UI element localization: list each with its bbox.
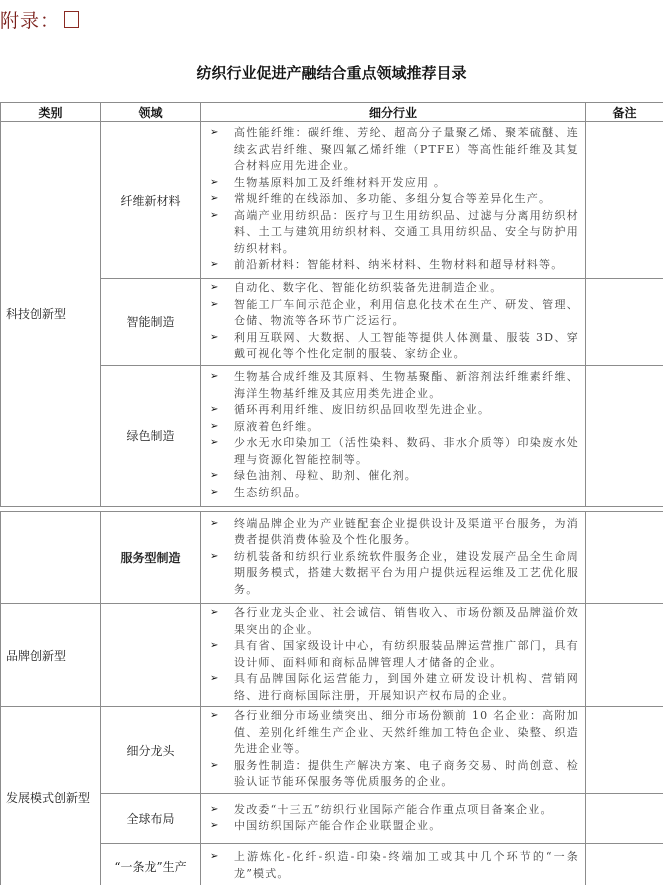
remarks-cell	[586, 844, 663, 885]
bullet-arrow-icon: ➢	[210, 708, 220, 725]
table-row: 科技创新型 纤维新材料 ➢高性能纤维：碳纤维、芳纶、超高分子量聚乙烯、聚苯硫醚、…	[1, 122, 663, 279]
remarks-cell	[586, 279, 663, 366]
bullet-arrow-icon: ➢	[210, 605, 220, 622]
remarks-cell	[586, 512, 663, 604]
header-sub-industry: 细分行业	[201, 103, 586, 122]
bullet-arrow-icon: ➢	[210, 191, 220, 208]
list-item: ➢利用互联网、大数据、人工智能等提供人体测量、服装 3D、穿戴可视化等个性化定制…	[208, 330, 579, 363]
category-cell: 科技创新型	[1, 122, 101, 507]
field-cell: 细分龙头	[101, 707, 201, 794]
item-list: ➢各行业细分市场业绩突出、细分市场份额前 10 名企业：高附加值、差别化纤维生产…	[208, 708, 579, 791]
placeholder-box-icon	[64, 11, 79, 28]
item-list: ➢发改委“十三五”纺织行业国际产能合作重点项目备案企业。 ➢中国纺织国际产能合作…	[208, 802, 579, 835]
list-item: ➢生态纺织品。	[208, 485, 579, 502]
table-row: 发展模式创新型 细分龙头 ➢各行业细分市场业绩突出、细分市场份额前 10 名企业…	[1, 707, 663, 794]
bullet-arrow-icon: ➢	[210, 435, 220, 452]
item-list: ➢上游炼化-化纤-织造-印染-终端加工或其中几个环节的“一条龙”模式。	[208, 849, 579, 882]
list-item: ➢生物基原料加工及纤维材料开发应用 。	[208, 175, 579, 192]
bullet-arrow-icon: ➢	[210, 330, 220, 347]
list-item: ➢前沿新材料：智能材料、纳米材料、生物材料和超导材料等。	[208, 257, 579, 274]
remarks-cell	[586, 794, 663, 844]
list-item: ➢自动化、数字化、智能化纺织装备先进制造企业。	[208, 280, 579, 297]
sub-industry-cell: ➢各行业龙头企业、社会诚信、销售收入、市场份额及品牌溢价效果突出的企业。 ➢具有…	[201, 604, 586, 707]
bullet-arrow-icon: ➢	[210, 369, 220, 386]
list-item: ➢常规纤维的在线添加、多功能、多组分复合等差异化生产。	[208, 191, 579, 208]
table-row: “一条龙”生产 ➢上游炼化-化纤-织造-印染-终端加工或其中几个环节的“一条龙”…	[1, 844, 663, 885]
table-row: 服务型制造 ➢终端品牌企业为产业链配套企业提供设计及渠道平台服务，为消费者提供消…	[1, 512, 663, 604]
item-list: ➢生物基合成纤维及其原料、生物基聚酯、新溶剂法纤维素纤维、海洋生物基纤维及其应用…	[208, 369, 579, 501]
list-item: ➢终端品牌企业为产业链配套企业提供设计及渠道平台服务，为消费者提供消费体验及个性…	[208, 516, 579, 549]
recommendation-table-part-1: 类别 领域 细分行业 备注 科技创新型 纤维新材料 ➢高性能纤维：碳纤维、芳纶、…	[0, 102, 663, 507]
bullet-arrow-icon: ➢	[210, 485, 220, 502]
bullet-arrow-icon: ➢	[210, 125, 220, 142]
bullet-arrow-icon: ➢	[210, 818, 220, 835]
table-row: 品牌创新型 ➢各行业龙头企业、社会诚信、销售收入、市场份额及品牌溢价效果突出的企…	[1, 604, 663, 707]
appendix-label: 附录：	[0, 6, 79, 33]
sub-industry-cell: ➢生物基合成纤维及其原料、生物基聚酯、新溶剂法纤维素纤维、海洋生物基纤维及其应用…	[201, 365, 586, 506]
list-item: ➢智能工厂车间示范企业，利用信息化技术在生产、研发、管理、仓储、物流等各环节广泛…	[208, 297, 579, 330]
bullet-arrow-icon: ➢	[210, 402, 220, 419]
list-item: ➢生物基合成纤维及其原料、生物基聚酯、新溶剂法纤维素纤维、海洋生物基纤维及其应用…	[208, 369, 579, 402]
list-item: ➢各行业龙头企业、社会诚信、销售收入、市场份额及品牌溢价效果突出的企业。	[208, 605, 579, 638]
remarks-cell	[586, 365, 663, 506]
field-cell: 全球布局	[101, 794, 201, 844]
field-cell	[101, 604, 201, 707]
list-item: ➢具有品牌国际化运营能力，到国外建立研发设计机构、营销网络、进行商标国际注册，开…	[208, 671, 579, 704]
field-cell: 绿色制造	[101, 365, 201, 506]
field-cell: “一条龙”生产	[101, 844, 201, 885]
sub-industry-cell: ➢上游炼化-化纤-织造-印染-终端加工或其中几个环节的“一条龙”模式。	[201, 844, 586, 885]
table-row: 智能制造 ➢自动化、数字化、智能化纺织装备先进制造企业。 ➢智能工厂车间示范企业…	[1, 279, 663, 366]
item-list: ➢终端品牌企业为产业链配套企业提供设计及渠道平台服务，为消费者提供消费体验及个性…	[208, 516, 579, 599]
bullet-arrow-icon: ➢	[210, 516, 220, 533]
bullet-arrow-icon: ➢	[210, 638, 220, 655]
sub-industry-cell: ➢自动化、数字化、智能化纺织装备先进制造企业。 ➢智能工厂车间示范企业，利用信息…	[201, 279, 586, 366]
category-cell: 品牌创新型	[1, 604, 101, 707]
bullet-arrow-icon: ➢	[210, 297, 220, 314]
bullet-arrow-icon: ➢	[210, 419, 220, 436]
remarks-cell	[586, 707, 663, 794]
list-item: ➢高性能纤维：碳纤维、芳纶、超高分子量聚乙烯、聚苯硫醚、连续玄武岩纤维、聚四氟乙…	[208, 125, 579, 175]
sub-industry-cell: ➢发改委“十三五”纺织行业国际产能合作重点项目备案企业。 ➢中国纺织国际产能合作…	[201, 794, 586, 844]
list-item: ➢发改委“十三五”纺织行业国际产能合作重点项目备案企业。	[208, 802, 579, 819]
list-item: ➢循环再利用纤维、废旧纺织品回收型先进企业。	[208, 402, 579, 419]
list-item: ➢少水无水印染加工（活性染料、数码、非水介质等）印染废水处理与资源化智能控制等。	[208, 435, 579, 468]
bullet-arrow-icon: ➢	[210, 257, 220, 274]
list-item: ➢上游炼化-化纤-织造-印染-终端加工或其中几个环节的“一条龙”模式。	[208, 849, 579, 882]
field-cell: 纤维新材料	[101, 122, 201, 279]
bullet-arrow-icon: ➢	[210, 468, 220, 485]
bullet-arrow-icon: ➢	[210, 280, 220, 297]
category-cell	[1, 512, 101, 604]
field-cell: 服务型制造	[101, 512, 201, 604]
list-item: ➢服务性制造：提供生产解决方案、电子商务交易、时尚创意、检验认证节能环保服务等优…	[208, 758, 579, 791]
bullet-arrow-icon: ➢	[210, 849, 220, 866]
list-item: ➢各行业细分市场业绩突出、细分市场份额前 10 名企业：高附加值、差别化纤维生产…	[208, 708, 579, 758]
remarks-cell	[586, 604, 663, 707]
appendix-text: 附录：	[0, 6, 60, 33]
bullet-arrow-icon: ➢	[210, 671, 220, 688]
sub-industry-cell: ➢高性能纤维：碳纤维、芳纶、超高分子量聚乙烯、聚苯硫醚、连续玄武岩纤维、聚四氟乙…	[201, 122, 586, 279]
bullet-arrow-icon: ➢	[210, 208, 220, 225]
list-item: ➢绿色油剂、母粒、助剂、催化剂。	[208, 468, 579, 485]
bullet-arrow-icon: ➢	[210, 758, 220, 775]
header-category: 类别	[1, 103, 101, 122]
sub-industry-cell: ➢各行业细分市场业绩突出、细分市场份额前 10 名企业：高附加值、差别化纤维生产…	[201, 707, 586, 794]
field-cell: 智能制造	[101, 279, 201, 366]
list-item: ➢具有省、国家级设计中心，有纺织服装品牌运营推广部门，具有设计师、面料师和商标品…	[208, 638, 579, 671]
category-cell: 发展模式创新型	[1, 707, 101, 885]
item-list: ➢高性能纤维：碳纤维、芳纶、超高分子量聚乙烯、聚苯硫醚、连续玄武岩纤维、聚四氟乙…	[208, 125, 579, 274]
table-header-row: 类别 领域 细分行业 备注	[1, 103, 663, 122]
item-list: ➢各行业龙头企业、社会诚信、销售收入、市场份额及品牌溢价效果突出的企业。 ➢具有…	[208, 605, 579, 704]
sub-industry-cell: ➢终端品牌企业为产业链配套企业提供设计及渠道平台服务，为消费者提供消费体验及个性…	[201, 512, 586, 604]
table-row: 全球布局 ➢发改委“十三五”纺织行业国际产能合作重点项目备案企业。 ➢中国纺织国…	[1, 794, 663, 844]
header-field: 领域	[101, 103, 201, 122]
list-item: ➢原液着色纤维。	[208, 419, 579, 436]
bullet-arrow-icon: ➢	[210, 549, 220, 566]
bullet-arrow-icon: ➢	[210, 802, 220, 819]
document-title: 纺织行业促进产融结合重点领域推荐目录	[0, 62, 663, 83]
table-row: 绿色制造 ➢生物基合成纤维及其原料、生物基聚酯、新溶剂法纤维素纤维、海洋生物基纤…	[1, 365, 663, 506]
list-item: ➢中国纺织国际产能合作企业联盟企业。	[208, 818, 579, 835]
header-remarks: 备注	[586, 103, 663, 122]
recommendation-table-part-2: 服务型制造 ➢终端品牌企业为产业链配套企业提供设计及渠道平台服务，为消费者提供消…	[0, 511, 663, 885]
remarks-cell	[586, 122, 663, 279]
bullet-arrow-icon: ➢	[210, 175, 220, 192]
list-item: ➢纺机装备和纺织行业系统软件服务企业，建设发展产品全生命周期服务模式，搭建大数据…	[208, 549, 579, 599]
list-item: ➢高端产业用纺织品：医疗与卫生用纺织品、过滤与分离用纺织材料、土工与建筑用纺织材…	[208, 208, 579, 258]
item-list: ➢自动化、数字化、智能化纺织装备先进制造企业。 ➢智能工厂车间示范企业，利用信息…	[208, 280, 579, 363]
